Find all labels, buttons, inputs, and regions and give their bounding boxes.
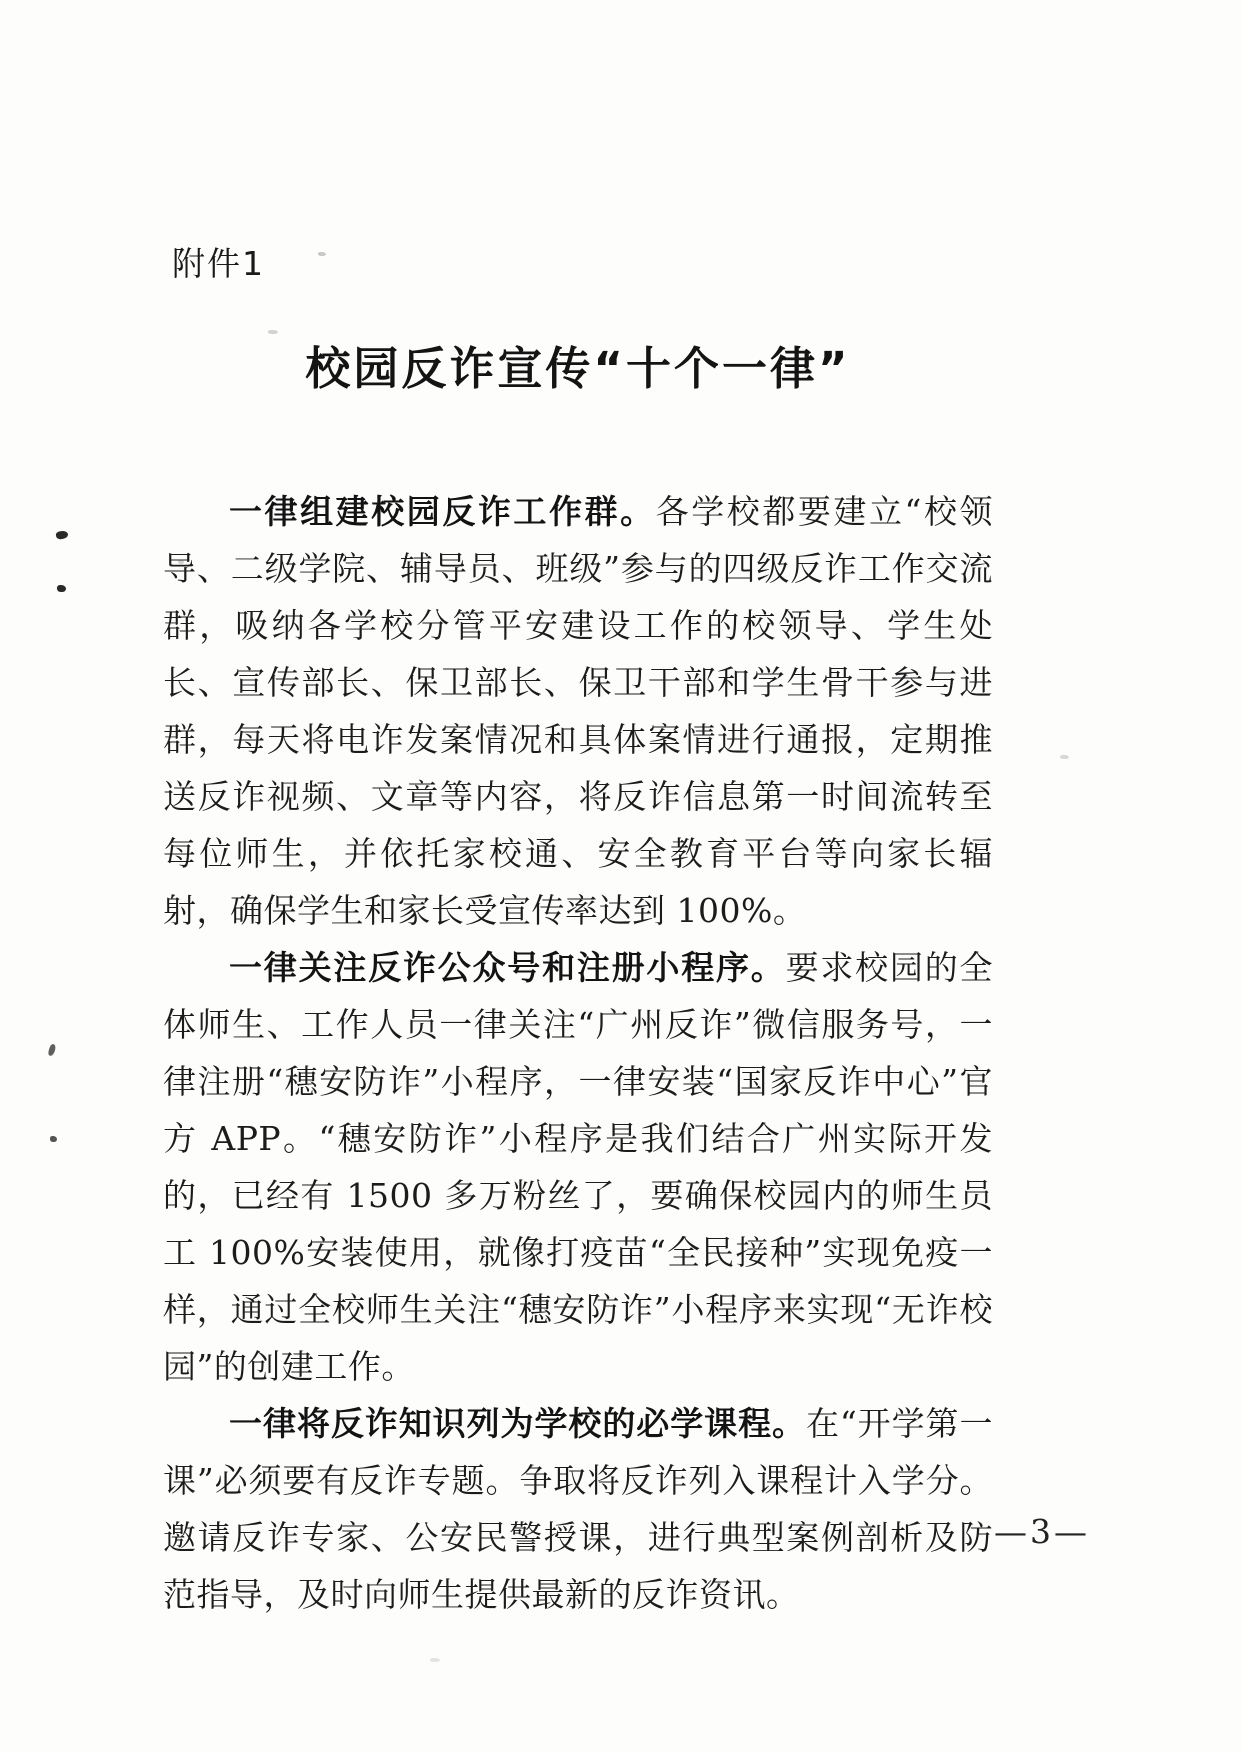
paragraph-lead: 一律组建校园反诈工作群。 xyxy=(229,492,656,531)
paragraph-text: 要求校园的全体师生、工作人员一律关注“广州反诈”微信服务号，一律注册“穗安防诈”… xyxy=(163,948,993,1386)
scan-speck xyxy=(1060,755,1069,759)
paragraph: 一律将反诈知识列为学校的必学课程。在“开学第一课”必须要有反诈专题。争取将反诈列… xyxy=(163,1395,993,1623)
paragraph: 一律关注反诈公众号和注册小程序。要求校园的全体师生、工作人员一律关注“广州反诈”… xyxy=(163,939,993,1395)
paragraph-lead: 一律关注反诈公众号和注册小程序。 xyxy=(229,948,786,987)
scan-speck xyxy=(178,560,184,564)
paragraph: 一律组建校园反诈工作群。各学校都要建立“校领导、二级学院、辅导员、班级”参与的四… xyxy=(163,483,993,939)
scan-speck xyxy=(268,330,278,334)
document-body: 一律组建校园反诈工作群。各学校都要建立“校领导、二级学院、辅导员、班级”参与的四… xyxy=(163,483,993,1623)
scan-speck xyxy=(318,252,326,256)
attachment-label: 附件1 xyxy=(172,238,265,285)
scan-speck xyxy=(48,1043,57,1056)
scan-speck xyxy=(55,530,68,540)
paragraph-text: 各学校都要建立“校领导、二级学院、辅导员、班级”参与的四级反诈工作交流群，吸纳各… xyxy=(163,492,993,930)
scan-speck xyxy=(50,1136,57,1142)
page-number: —3— xyxy=(994,1512,1090,1551)
scanned-document-page: 附件1 校园反诈宣传“十个一律” 一律组建校园反诈工作群。各学校都要建立“校领导… xyxy=(0,0,1242,1752)
scan-speck xyxy=(57,585,66,592)
paragraph-lead: 一律将反诈知识列为学校的必学课程。 xyxy=(229,1404,806,1443)
page-title: 校园反诈宣传“十个一律” xyxy=(163,332,993,397)
scan-speck xyxy=(430,1658,440,1662)
